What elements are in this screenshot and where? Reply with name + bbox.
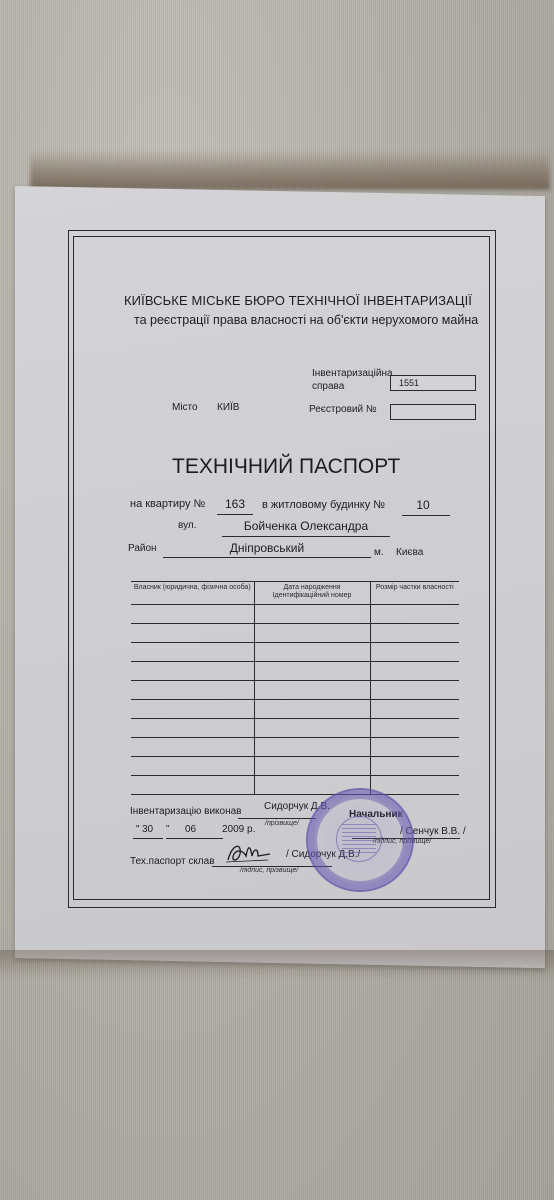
table-row xyxy=(131,624,459,643)
header-share-size: Розмір частки власності xyxy=(370,582,459,605)
paper-shadow-bottom xyxy=(0,950,554,980)
table-cell[interactable] xyxy=(131,605,254,624)
date-year: 2009 р. xyxy=(222,824,255,835)
table-cell[interactable] xyxy=(254,605,370,624)
table-cell[interactable] xyxy=(370,700,459,719)
registry-field[interactable] xyxy=(390,404,476,420)
inventory-case-field[interactable]: 1551 xyxy=(390,375,476,391)
table-cell[interactable] xyxy=(370,719,459,738)
table-cell[interactable] xyxy=(254,662,370,681)
city-value: КИЇВ xyxy=(217,402,239,413)
table-row xyxy=(131,757,459,776)
building-underline xyxy=(402,515,450,516)
official-stamp xyxy=(306,788,414,892)
table-cell[interactable] xyxy=(131,643,254,662)
table-row xyxy=(131,738,459,757)
inventory-case-label: Інвентаризаційна справа xyxy=(312,368,393,392)
street-name: Бойченка Олександра xyxy=(222,519,390,533)
table-cell[interactable] xyxy=(254,700,370,719)
table-cell[interactable] xyxy=(131,624,254,643)
apartment-number: 163 xyxy=(217,497,253,511)
date-month-underline xyxy=(166,838,223,839)
inventory-done-label: Інвентаризацію виконав xyxy=(130,806,241,817)
table-cell[interactable] xyxy=(370,605,459,624)
table-row xyxy=(131,776,459,795)
table-cell[interactable] xyxy=(370,662,459,681)
date-month: 06 xyxy=(185,824,196,835)
owners-table: Власник (юридична, фізична особа) Дата н… xyxy=(131,581,459,795)
table-cell[interactable] xyxy=(370,681,459,700)
table-row xyxy=(131,719,459,738)
table-cell[interactable] xyxy=(131,738,254,757)
handwritten-signature xyxy=(224,838,274,868)
table-cell[interactable] xyxy=(131,757,254,776)
table-cell[interactable] xyxy=(131,719,254,738)
organization-name: КИЇВСЬКЕ МІСЬКЕ БЮРО ТЕХНІЧНОЇ ІНВЕНТАРИ… xyxy=(124,293,472,308)
inventory-done-underline xyxy=(238,818,316,819)
district-underline xyxy=(163,557,371,558)
date-day: 30 xyxy=(142,824,153,835)
table-cell[interactable] xyxy=(131,681,254,700)
city-label: Місто xyxy=(172,402,198,413)
city-short-value: Києва xyxy=(396,547,423,558)
paper-shadow xyxy=(30,150,550,190)
city-short-label: м. xyxy=(374,547,384,558)
date-quote-close: " xyxy=(166,824,170,835)
table-cell[interactable] xyxy=(131,700,254,719)
building-label: в житловому будинку № xyxy=(262,499,385,511)
table-cell[interactable] xyxy=(254,643,370,662)
organization-subtitle: та реєстрації права власності на об'єкти… xyxy=(134,313,478,327)
table-cell[interactable] xyxy=(370,624,459,643)
stamp-text-lines xyxy=(342,824,376,854)
table-row xyxy=(131,643,459,662)
district-label: Район xyxy=(128,543,157,554)
table-cell[interactable] xyxy=(370,643,459,662)
inventory-case-label-line2: справа xyxy=(312,381,393,392)
apartment-label: на квартиру № xyxy=(130,498,205,510)
surname-caption: /прізвище/ xyxy=(265,820,299,827)
date-day-underline xyxy=(133,838,163,839)
district-name: Дніпровський xyxy=(163,541,371,555)
table-cell[interactable] xyxy=(370,776,459,795)
building-number: 10 xyxy=(402,498,444,512)
page-title: ТЕХНІЧНИЙ ПАСПОРТ xyxy=(172,455,400,479)
table-cell[interactable] xyxy=(254,757,370,776)
header-owner: Власник (юридична, фізична особа) xyxy=(131,582,254,605)
table-cell[interactable] xyxy=(370,757,459,776)
inventory-case-label-line1: Інвентаризаційна xyxy=(312,368,393,379)
table-row xyxy=(131,662,459,681)
registry-label: Реєстровий № xyxy=(309,404,377,415)
table-cell[interactable] xyxy=(254,681,370,700)
table-row xyxy=(131,700,459,719)
table-row xyxy=(131,605,459,624)
table-cell[interactable] xyxy=(131,776,254,795)
street-underline xyxy=(222,536,390,537)
apartment-underline xyxy=(217,514,253,515)
street-label: вул. xyxy=(178,520,197,531)
header-birthdate-id: Дата народження Ідентифікаційний номер xyxy=(254,582,370,605)
passport-sign-caption: /підпис, прізвище/ xyxy=(240,867,298,874)
table-cell[interactable] xyxy=(131,662,254,681)
table-cell[interactable] xyxy=(370,738,459,757)
table-cell[interactable] xyxy=(254,624,370,643)
owners-table-header: Власник (юридична, фізична особа) Дата н… xyxy=(131,582,459,605)
passport-made-label: Тех.паспорт склав xyxy=(130,856,215,867)
table-row xyxy=(131,681,459,700)
table-cell[interactable] xyxy=(254,719,370,738)
date-quote-open: " xyxy=(136,824,140,835)
table-cell[interactable] xyxy=(254,738,370,757)
